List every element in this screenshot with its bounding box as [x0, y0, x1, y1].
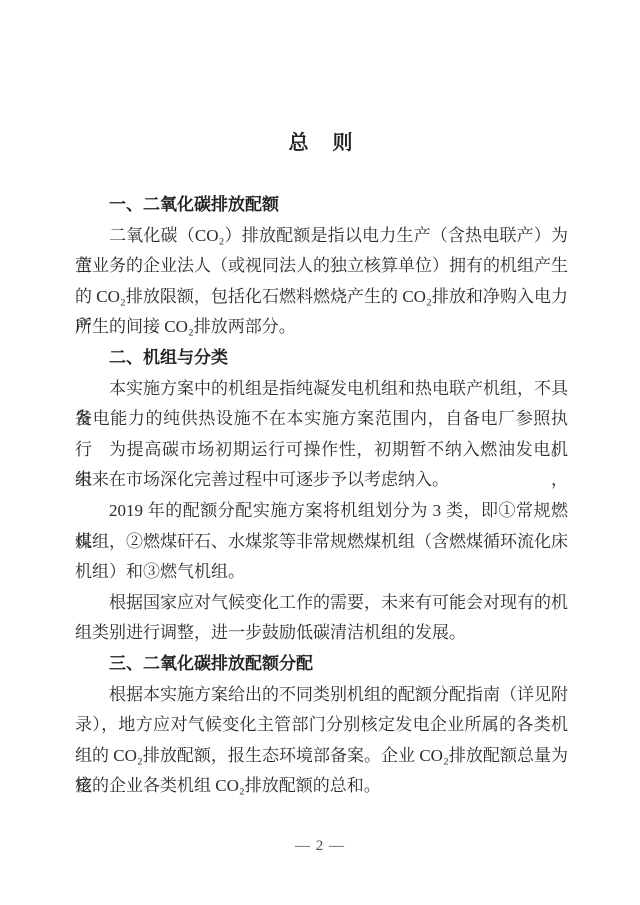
paragraph-line: 产生的间接 CO₂排放两部分。 — [75, 312, 568, 343]
paragraph-line: 组的 CO₂排放配额，报生态环境部备案。企业 CO₂排放配额总量为核 — [75, 741, 568, 772]
section-2-heading: 二、机组与分类 — [75, 343, 568, 374]
document-page: 总 则 一、二氧化碳排放配额 二氧化碳（CO₂）排放配额是指以电力生产（含热电联… — [0, 0, 640, 905]
paragraph-line: 本实施方案中的机组是指纯凝发电机组和热电联产机组，不具备 — [75, 374, 568, 405]
paragraph-line: 发电能力的纯供热设施不在本实施方案范围内，自备电厂参照执行。 — [75, 404, 568, 435]
paragraph-line: 机组）和③燃气机组。 — [75, 557, 568, 588]
title-gap — [75, 158, 568, 190]
section-3-heading: 三、二氧化碳排放配额分配 — [75, 649, 568, 680]
section-1-heading: 一、二氧化碳排放配额 — [75, 190, 568, 221]
document-body: 总 则 一、二氧化碳排放配额 二氧化碳（CO₂）排放配额是指以电力生产（含热电联… — [75, 128, 568, 802]
paragraph-line: 为提高碳市场初期运行可操作性，初期暂不纳入燃油发电机组， — [75, 435, 568, 466]
paragraph-line: 营业务的企业法人（或视同法人的独立核算单位）拥有的机组产生 — [75, 251, 568, 282]
document-title: 总 则 — [75, 128, 568, 158]
paragraph-line: 的 CO₂排放限额，包括化石燃料燃烧产生的 CO₂排放和净购入电力所 — [75, 282, 568, 313]
paragraph-line: 录），地方应对气候变化主管部门分别核定发电企业所属的各类机 — [75, 710, 568, 741]
page-number: — 2 — — [0, 838, 640, 855]
paragraph-line: 根据本实施方案给出的不同类别机组的配额分配指南（详见附 — [75, 680, 568, 711]
paragraph-line: 二氧化碳（CO₂）排放配额是指以电力生产（含热电联产）为主 — [75, 221, 568, 252]
paragraph-line: 组类别进行调整，进一步鼓励低碳清洁机组的发展。 — [75, 618, 568, 649]
paragraph-line: 根据国家应对气候变化工作的需要，未来有可能会对现有的机 — [75, 588, 568, 619]
paragraph-line: 2019 年的配额分配实施方案将机组划分为 3 类，即①常规燃煤 — [75, 496, 568, 527]
paragraph-line: 机组，②燃煤矸石、水煤浆等非常规燃煤机组（含燃煤循环流化床 — [75, 527, 568, 558]
paragraph-line: 定的企业各类机组 CO₂排放配额的总和。 — [75, 771, 568, 802]
